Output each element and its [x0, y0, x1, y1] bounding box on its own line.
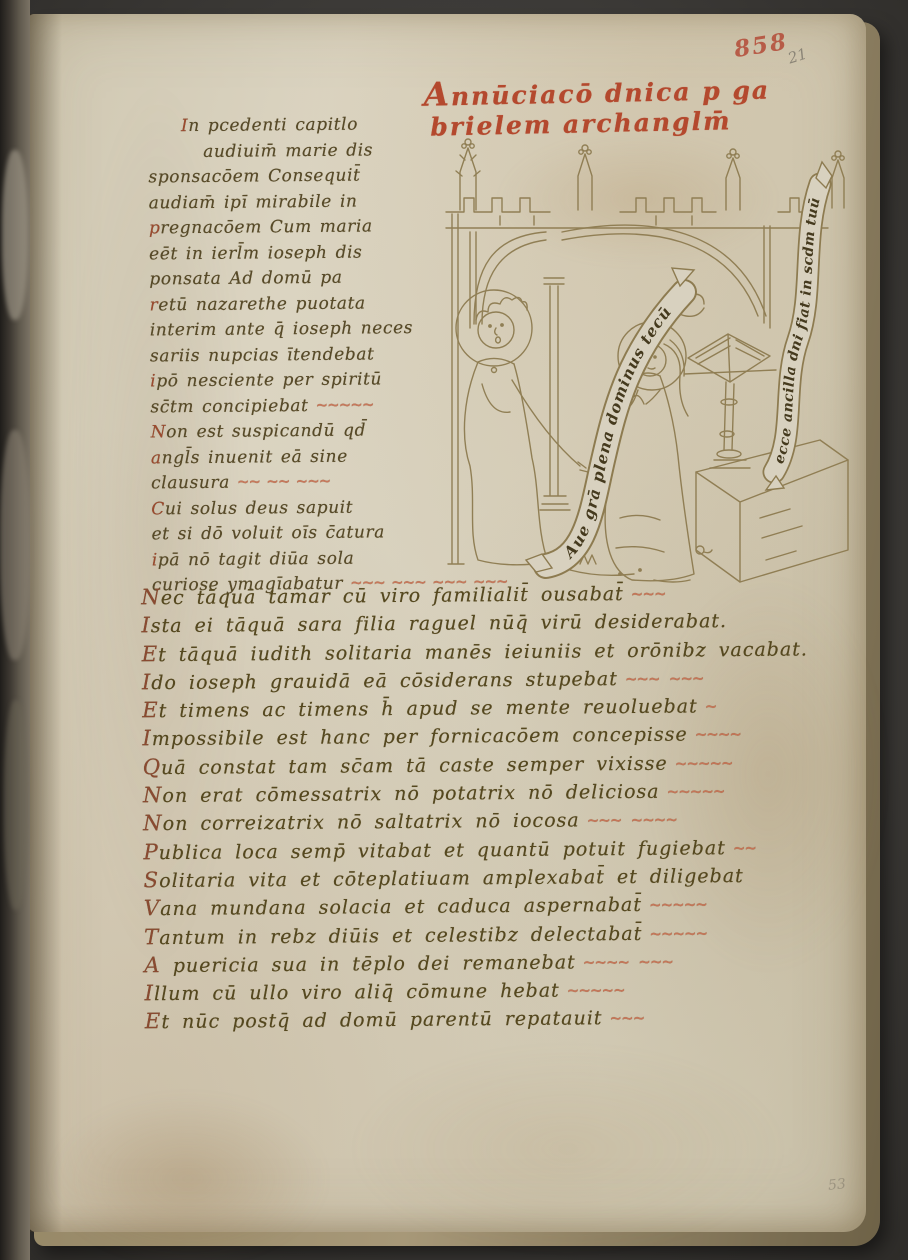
- gabriel-figure: [456, 290, 588, 565]
- page-edge-stack: [0, 0, 30, 1260]
- column-line: eēt in ierl̄m ioseph dis: [149, 238, 469, 266]
- lectern-with-book: [684, 334, 776, 468]
- annunciation-miniature: Aue grā plena dominus tecū ecce ancilla …: [430, 118, 870, 588]
- column-line: Cui solus deus sapuit: [151, 493, 471, 521]
- column-line: sc̄tm concipiebat∼∼∼∼∼: [150, 391, 470, 419]
- column-line: audiuim̄ marie dis: [148, 136, 468, 164]
- column-line: retū nazarethe puotata: [149, 289, 469, 317]
- manuscript-page: 858 21 53 Annūciacō dnica p ga brielem a…: [28, 14, 866, 1232]
- verse-block: Nec tāquā tamar cū viro familialit̄ ousa…: [141, 578, 885, 1037]
- text-column: In pcedenti capitlo audiuim̄ marie dis s…: [148, 111, 472, 598]
- book-photo-background: { "marginalia": { "folio_red": "858", "p…: [0, 0, 908, 1260]
- column-line: et si dō voluit oīs c̄atura: [151, 519, 471, 547]
- gabriel-halo: [456, 290, 532, 366]
- architectural-column: [448, 214, 570, 564]
- column-line: ipō nesciente per spiritū: [150, 366, 470, 394]
- pencil-note-bottom: 53: [827, 1176, 846, 1194]
- column-line: pregnacōem Cum maria: [149, 213, 469, 241]
- column-line: sponsacōem Consequit̄: [148, 162, 468, 190]
- parchment-stain: [348, 1044, 788, 1254]
- column-line: Non est suspicandū qd̄: [151, 417, 471, 445]
- pencil-foliation: 21: [786, 45, 810, 68]
- column-line: ponsata Ad domū pa: [149, 264, 469, 292]
- banderole-ave: Aue grā plena dominus tecū: [526, 268, 694, 572]
- column-line: In pcedenti capitlo: [148, 111, 468, 139]
- page-edge-highlight: [0, 430, 30, 660]
- verse-line: Et nūc postq̄ ad domū parentū repatauit∼…: [145, 1002, 885, 1037]
- column-line: angl̄s inuenit eā sine: [151, 442, 471, 470]
- page-edge-highlight: [2, 150, 28, 320]
- column-line: interim ante q̄ ioseph neces: [150, 315, 470, 343]
- column-line: ipā nō tagit diūa sola: [152, 544, 472, 572]
- column-line: audiam̄ ipī mirabile in: [149, 187, 469, 215]
- folio-number-red: 858: [732, 28, 790, 63]
- gutter-shadow: [28, 14, 62, 1232]
- page-edge-highlight: [4, 700, 28, 910]
- column-line: sariis nupcias ītendebat: [150, 340, 470, 368]
- column-line: clausura∼∼ ∼∼ ∼∼∼: [151, 468, 471, 496]
